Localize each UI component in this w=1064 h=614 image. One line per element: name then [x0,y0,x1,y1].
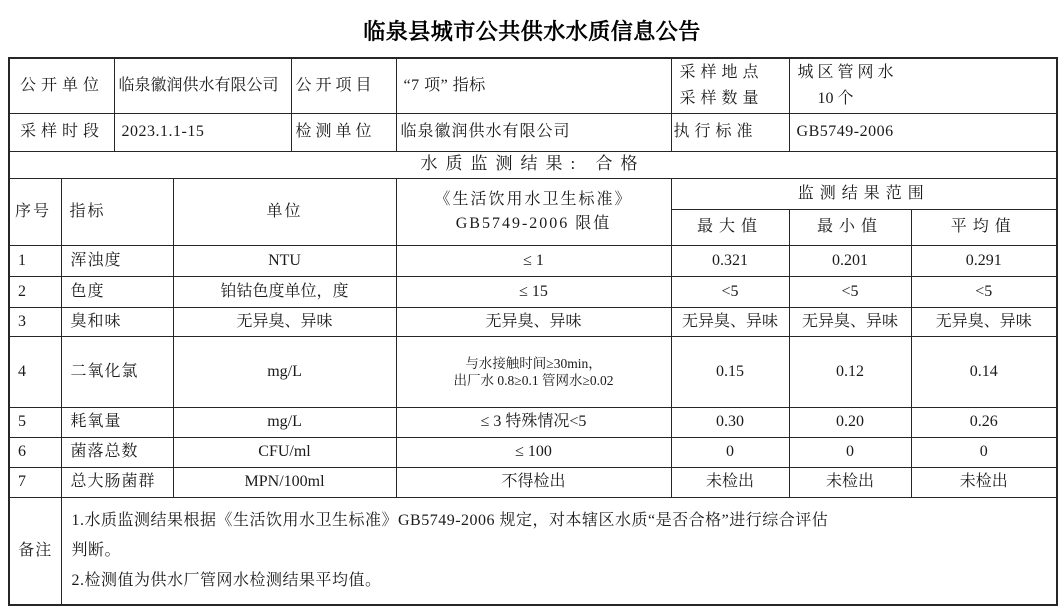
max-cell: <5 [671,276,789,307]
result-banner-row: 水质监测结果: 合格 [9,151,1057,178]
col-max-header: 最大值 [671,209,789,245]
sampling-count-label: 采样数量 [678,86,783,112]
col-unit-header: 单位 [173,178,396,245]
max-cell: 0.30 [671,407,789,437]
min-cell: 未检出 [789,467,911,497]
seq-cell: 5 [9,407,61,437]
standard-label: 执行标准 [671,113,789,151]
col-indicator-header: 指标 [61,178,173,245]
seq-cell: 1 [9,245,61,276]
seq-cell: 2 [9,276,61,307]
avg-cell: 无异臭、异味 [911,307,1057,336]
limit-header-line2: GB5749-2006 限值 [403,212,665,236]
col-min-header: 最小值 [789,209,911,245]
avg-cell: 0 [911,437,1057,467]
table-row: 5 耗氧量 mg/L ≤ 3 特殊情况<5 0.30 0.20 0.26 [9,407,1057,437]
info-row-1: 公开单位 临泉徽润供水有限公司 公开项目 “7 项” 指标 采样地点 采样数量 … [9,58,1057,113]
sampling-site-count-label: 采样地点 采样数量 [671,58,789,113]
indicator-cell: 总大肠菌群 [61,467,173,497]
max-cell: 0.15 [671,336,789,407]
disclosure-unit-label: 公开单位 [9,58,114,113]
max-cell: 0.321 [671,245,789,276]
max-cell: 未检出 [671,467,789,497]
seq-cell: 4 [9,336,61,407]
disclosure-item-value: “7 项” 指标 [396,58,671,113]
limit-cell: 无异臭、异味 [396,307,671,336]
limit-cell: 不得检出 [396,467,671,497]
avg-cell: <5 [911,276,1057,307]
remark-line: 1.水质监测结果根据《生活饮用水卫生标准》GB5749-2006 规定，对本辖区… [72,506,1051,536]
min-cell: 0.12 [789,336,911,407]
sampling-site-count-value: 城区管网水 10 个 [789,58,1057,113]
sampling-period-label: 采样时段 [9,113,114,151]
remark-line: 2.检测值为供水厂管网水检测结果平均值。 [72,566,1051,596]
limit-header-line1: 《生活饮用水卫生标准》 [403,188,665,212]
avg-cell: 未检出 [911,467,1057,497]
table-row: 2 色度 铂钴色度单位，度 ≤ 15 <5 <5 <5 [9,276,1057,307]
limit-cell: ≤ 15 [396,276,671,307]
col-avg-header: 平均值 [911,209,1057,245]
remark-label: 备注 [9,497,61,605]
seq-cell: 6 [9,437,61,467]
seq-cell: 7 [9,467,61,497]
info-row-2: 采样时段 2023.1.1-15 检测单位 临泉徽润供水有限公司 执行标准 GB… [9,113,1057,151]
table-row: 7 总大肠菌群 MPN/100ml 不得检出 未检出 未检出 未检出 [9,467,1057,497]
max-cell: 无异臭、异味 [671,307,789,336]
limit-cell: ≤ 100 [396,437,671,467]
indicator-cell: 菌落总数 [61,437,173,467]
sampling-period-value: 2023.1.1-15 [114,113,291,151]
indicator-cell: 色度 [61,276,173,307]
result-banner: 水质监测结果: 合格 [9,151,1057,178]
col-seq-header: 序号 [9,178,61,245]
unit-cell: 无异臭、异味 [173,307,396,336]
min-cell: 无异臭、异味 [789,307,911,336]
limit-cell: ≤ 1 [396,245,671,276]
testing-unit-value: 临泉徽润供水有限公司 [396,113,671,151]
remark-text: 1.水质监测结果根据《生活饮用水卫生标准》GB5749-2006 规定，对本辖区… [61,497,1057,605]
min-cell: 0.201 [789,245,911,276]
min-cell: 0.20 [789,407,911,437]
indicator-cell: 二氧化氯 [61,336,173,407]
col-range-header: 监测结果范围 [671,178,1057,209]
remark-line: 判断。 [72,536,1051,566]
unit-cell: 铂钴色度单位，度 [173,276,396,307]
page-title: 临泉县城市公共供水水质信息公告 [8,15,1056,46]
remark-row: 备注 1.水质监测结果根据《生活饮用水卫生标准》GB5749-2006 规定，对… [9,497,1057,605]
limit-cell: 与水接触时间≥30min， 出厂水 0.8≥0.1 管网水≥0.02 [396,336,671,407]
avg-cell: 0.14 [911,336,1057,407]
min-cell: 0 [789,437,911,467]
indicator-cell: 臭和味 [61,307,173,336]
table-row: 6 菌落总数 CFU/ml ≤ 100 0 0 0 [9,437,1057,467]
disclosure-unit-value: 临泉徽润供水有限公司 [114,58,291,113]
table-row: 3 臭和味 无异臭、异味 无异臭、异味 无异臭、异味 无异臭、异味 无异臭、异味 [9,307,1057,336]
sampling-count-value: 10 个 [796,86,1051,112]
sampling-site-label: 采样地点 [678,60,783,86]
unit-cell: NTU [173,245,396,276]
standard-value: GB5749-2006 [789,113,1057,151]
indicator-cell: 耗氧量 [61,407,173,437]
water-quality-notice-table: 公开单位 临泉徽润供水有限公司 公开项目 “7 项” 指标 采样地点 采样数量 … [8,57,1058,606]
disclosure-item-label: 公开项目 [291,58,396,113]
min-cell: <5 [789,276,911,307]
max-cell: 0 [671,437,789,467]
limit-cell: ≤ 3 特殊情况<5 [396,407,671,437]
avg-cell: 0.291 [911,245,1057,276]
seq-cell: 3 [9,307,61,336]
unit-cell: mg/L [173,336,396,407]
sampling-site-value: 城区管网水 [796,60,1051,86]
testing-unit-label: 检测单位 [291,113,396,151]
table-row: 1 浑浊度 NTU ≤ 1 0.321 0.201 0.291 [9,245,1057,276]
unit-cell: mg/L [173,407,396,437]
table-row: 4 二氧化氯 mg/L 与水接触时间≥30min， 出厂水 0.8≥0.1 管网… [9,336,1057,407]
unit-cell: MPN/100ml [173,467,396,497]
header-row-1: 序号 指标 单位 《生活饮用水卫生标准》 GB5749-2006 限值 监测结果… [9,178,1057,209]
indicator-cell: 浑浊度 [61,245,173,276]
avg-cell: 0.26 [911,407,1057,437]
unit-cell: CFU/ml [173,437,396,467]
col-limit-header: 《生活饮用水卫生标准》 GB5749-2006 限值 [396,178,671,245]
notice-page: 临泉县城市公共供水水质信息公告 公开单位 临泉徽润供水有限公司 公开项目 “7 … [8,15,1056,606]
